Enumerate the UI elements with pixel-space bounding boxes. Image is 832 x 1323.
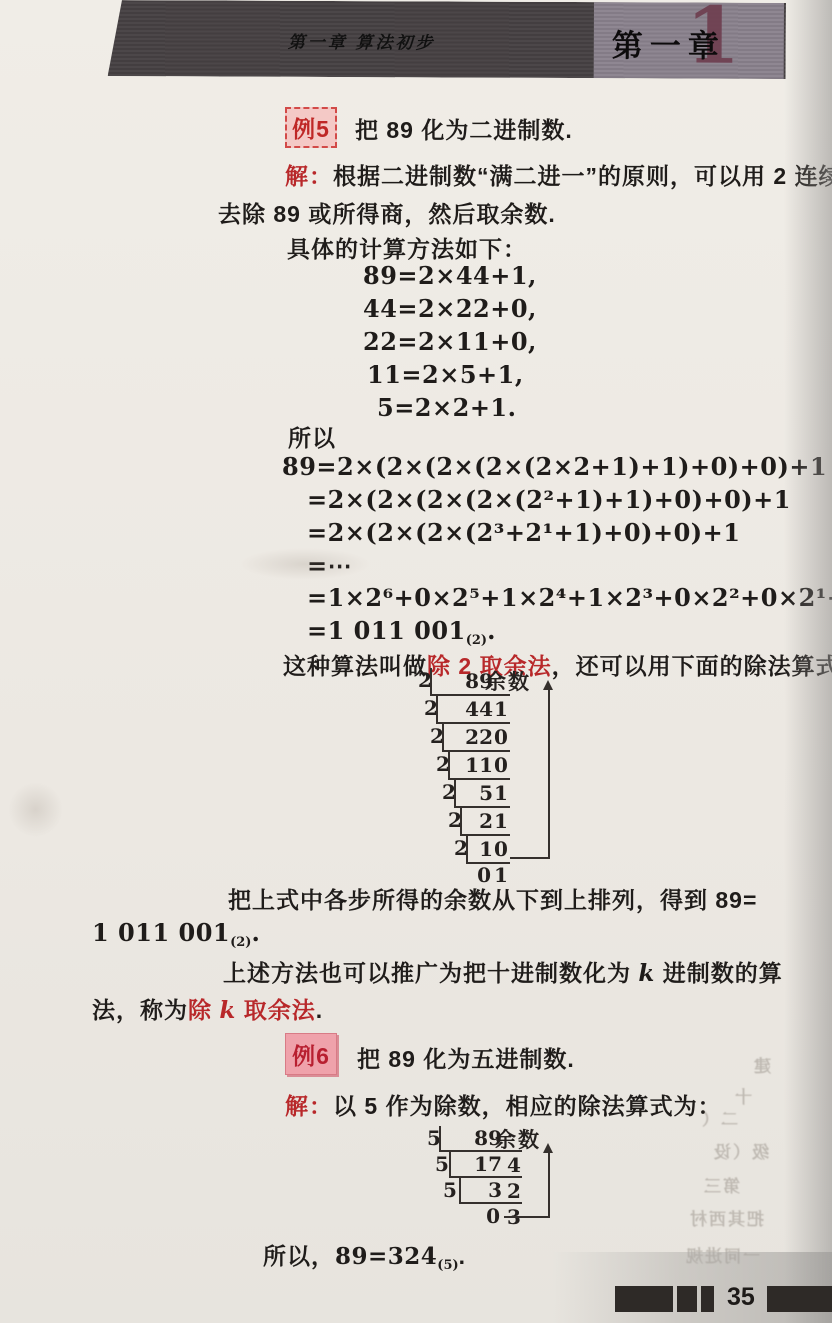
result-number: 89=324 bbox=[335, 1243, 437, 1270]
solution-label: 解： bbox=[285, 1093, 333, 1119]
chapter-header-band: 第一章 算法初步 1 第一章 bbox=[108, 0, 786, 79]
remainder: 1 bbox=[488, 696, 514, 722]
division-step-equation: 22=2×11+0, bbox=[363, 327, 537, 356]
generalize-pre: 上述方法也可以推广为把十进制数化为 bbox=[223, 960, 638, 986]
variable-k: k bbox=[219, 997, 236, 1024]
bleed-line: 第三 bbox=[702, 1172, 740, 1197]
example5-title: 把 89 化为二进制数. bbox=[355, 112, 573, 145]
divisor: 5 bbox=[443, 1178, 457, 1202]
quotient-cell: 89 bbox=[430, 668, 510, 696]
textbook-page: 第一章 算法初步 1 第一章 例5 把 89 化为二进制数. 解：根据二进制数“… bbox=[0, 0, 832, 1323]
example6-title: 把 89 化为五进制数. bbox=[357, 1041, 575, 1074]
generalize-line1: 上述方法也可以推广为把十进制数化为 k 进制数的算 bbox=[223, 955, 783, 988]
method-k-red-post: 取余法 bbox=[236, 997, 315, 1023]
chapter-label: 第一章 bbox=[612, 20, 726, 65]
example6-tag-box: 例6 bbox=[285, 1033, 337, 1075]
footer-bar bbox=[677, 1286, 697, 1312]
period: . bbox=[251, 918, 260, 947]
short-division-ladder-base2: 余数 2 89 2 44 1 2 22 0 2 11 0 2 5 1 2 2 1… bbox=[385, 666, 595, 892]
print-smudge bbox=[8, 782, 63, 837]
bleed-line: 把其西村 bbox=[688, 1205, 764, 1230]
read-up-arrow-foot bbox=[510, 857, 550, 859]
base-subscript: (2) bbox=[466, 633, 487, 648]
example6-solution-line: 解：以 5 作为除数，相应的除法算式为： bbox=[285, 1088, 722, 1121]
result-pre: 所以， bbox=[263, 1243, 335, 1269]
page-number: 35 bbox=[727, 1283, 755, 1312]
solution-text-1: 根据二进制数“满二进一”的原则，可以用 2 连续 bbox=[333, 163, 832, 189]
remainder: 2 bbox=[500, 1178, 528, 1204]
footer-bar bbox=[767, 1286, 832, 1312]
generalize2-pre: 法，称为 bbox=[92, 997, 188, 1023]
method-k-red-pre: 除 bbox=[188, 997, 219, 1023]
period: . bbox=[459, 1243, 466, 1269]
remainder: 1 bbox=[488, 780, 514, 806]
bleed-line: 二（ bbox=[700, 1105, 738, 1130]
footer-bar bbox=[701, 1286, 714, 1312]
remainder: 0 bbox=[488, 752, 514, 778]
binary-result-period: . bbox=[487, 616, 496, 645]
therefore-label: 所以 bbox=[288, 420, 336, 453]
expansion-line: =2×(2×(2×(2×(2²+1)+1)+0)+0)+1 bbox=[307, 485, 791, 514]
bleed-line: 级（设 bbox=[712, 1138, 769, 1163]
footer-bar bbox=[615, 1286, 673, 1312]
divisor: 5 bbox=[435, 1152, 449, 1176]
example5-solution-line1: 解：根据二进制数“满二进一”的原则，可以用 2 连续 bbox=[285, 158, 832, 191]
generalize-line2: 法，称为除 k 取余法. bbox=[92, 992, 323, 1025]
binary-result-main: =1 011 001 bbox=[307, 616, 466, 645]
binary-number: 1 011 001 bbox=[92, 918, 230, 947]
division-step-equation: 5=2×2+1. bbox=[377, 393, 516, 422]
remainder-note-line2: 1 011 001(2). bbox=[92, 918, 260, 950]
remainder: 0 bbox=[488, 724, 514, 750]
remainder-note-line1: 把上式中各步所得的余数从下到上排列，得到 89= bbox=[228, 882, 757, 915]
short-division-ladder-base5: 余数 5 89 5 17 4 5 3 2 0 3 bbox=[400, 1122, 600, 1242]
read-up-arrow-foot bbox=[504, 1216, 550, 1218]
example6-result-line: 所以，89=324(5). bbox=[263, 1238, 466, 1273]
expansion-line: 89=2×(2×(2×(2×(2×2+1)+1)+0)+0)+1 bbox=[282, 452, 827, 481]
binary-result-line: =1 011 001(2). bbox=[307, 616, 496, 648]
solution-text: 以 5 作为除数，相应的除法算式为： bbox=[333, 1093, 722, 1119]
read-up-arrow-line bbox=[548, 1152, 550, 1218]
division-step-equation: 89=2×44+1, bbox=[363, 261, 537, 290]
base-subscript: (2) bbox=[230, 935, 251, 950]
read-up-arrow-line bbox=[548, 689, 550, 859]
chapter-header-right-block: 1 第一章 bbox=[594, 2, 784, 79]
base-subscript: (5) bbox=[437, 1258, 458, 1273]
example5-method-intro: 具体的计算方法如下： bbox=[287, 231, 527, 264]
expansion-line: =1×2⁶+0×2⁵+1×2⁴+1×2³+0×2²+0×2¹+1×2⁰ bbox=[307, 583, 832, 612]
remainder: 1 bbox=[488, 808, 514, 834]
solution-label: 解： bbox=[285, 163, 333, 189]
division-step-equation: 44=2×22+0, bbox=[363, 294, 537, 323]
remainder: 4 bbox=[500, 1152, 528, 1178]
print-smudge bbox=[240, 548, 370, 580]
period: . bbox=[316, 997, 323, 1023]
generalize-post: 进制数的算 bbox=[655, 960, 782, 986]
running-title: 第一章 算法初步 bbox=[288, 28, 436, 54]
division-step-equation: 11=2×5+1, bbox=[367, 360, 524, 389]
bleed-line: 建 bbox=[752, 1052, 771, 1077]
quotient-cell: 89 bbox=[439, 1126, 522, 1152]
variable-k: k bbox=[638, 960, 655, 987]
page-right-edge-shadow bbox=[784, 0, 832, 1323]
example5-tag-box: 例5 bbox=[285, 107, 337, 148]
example5-solution-line2: 去除 89 或所得商，然后取余数. bbox=[218, 196, 556, 229]
expansion-line: =2×(2×(2×(2³+2¹+1)+0)+0)+1 bbox=[307, 518, 740, 547]
